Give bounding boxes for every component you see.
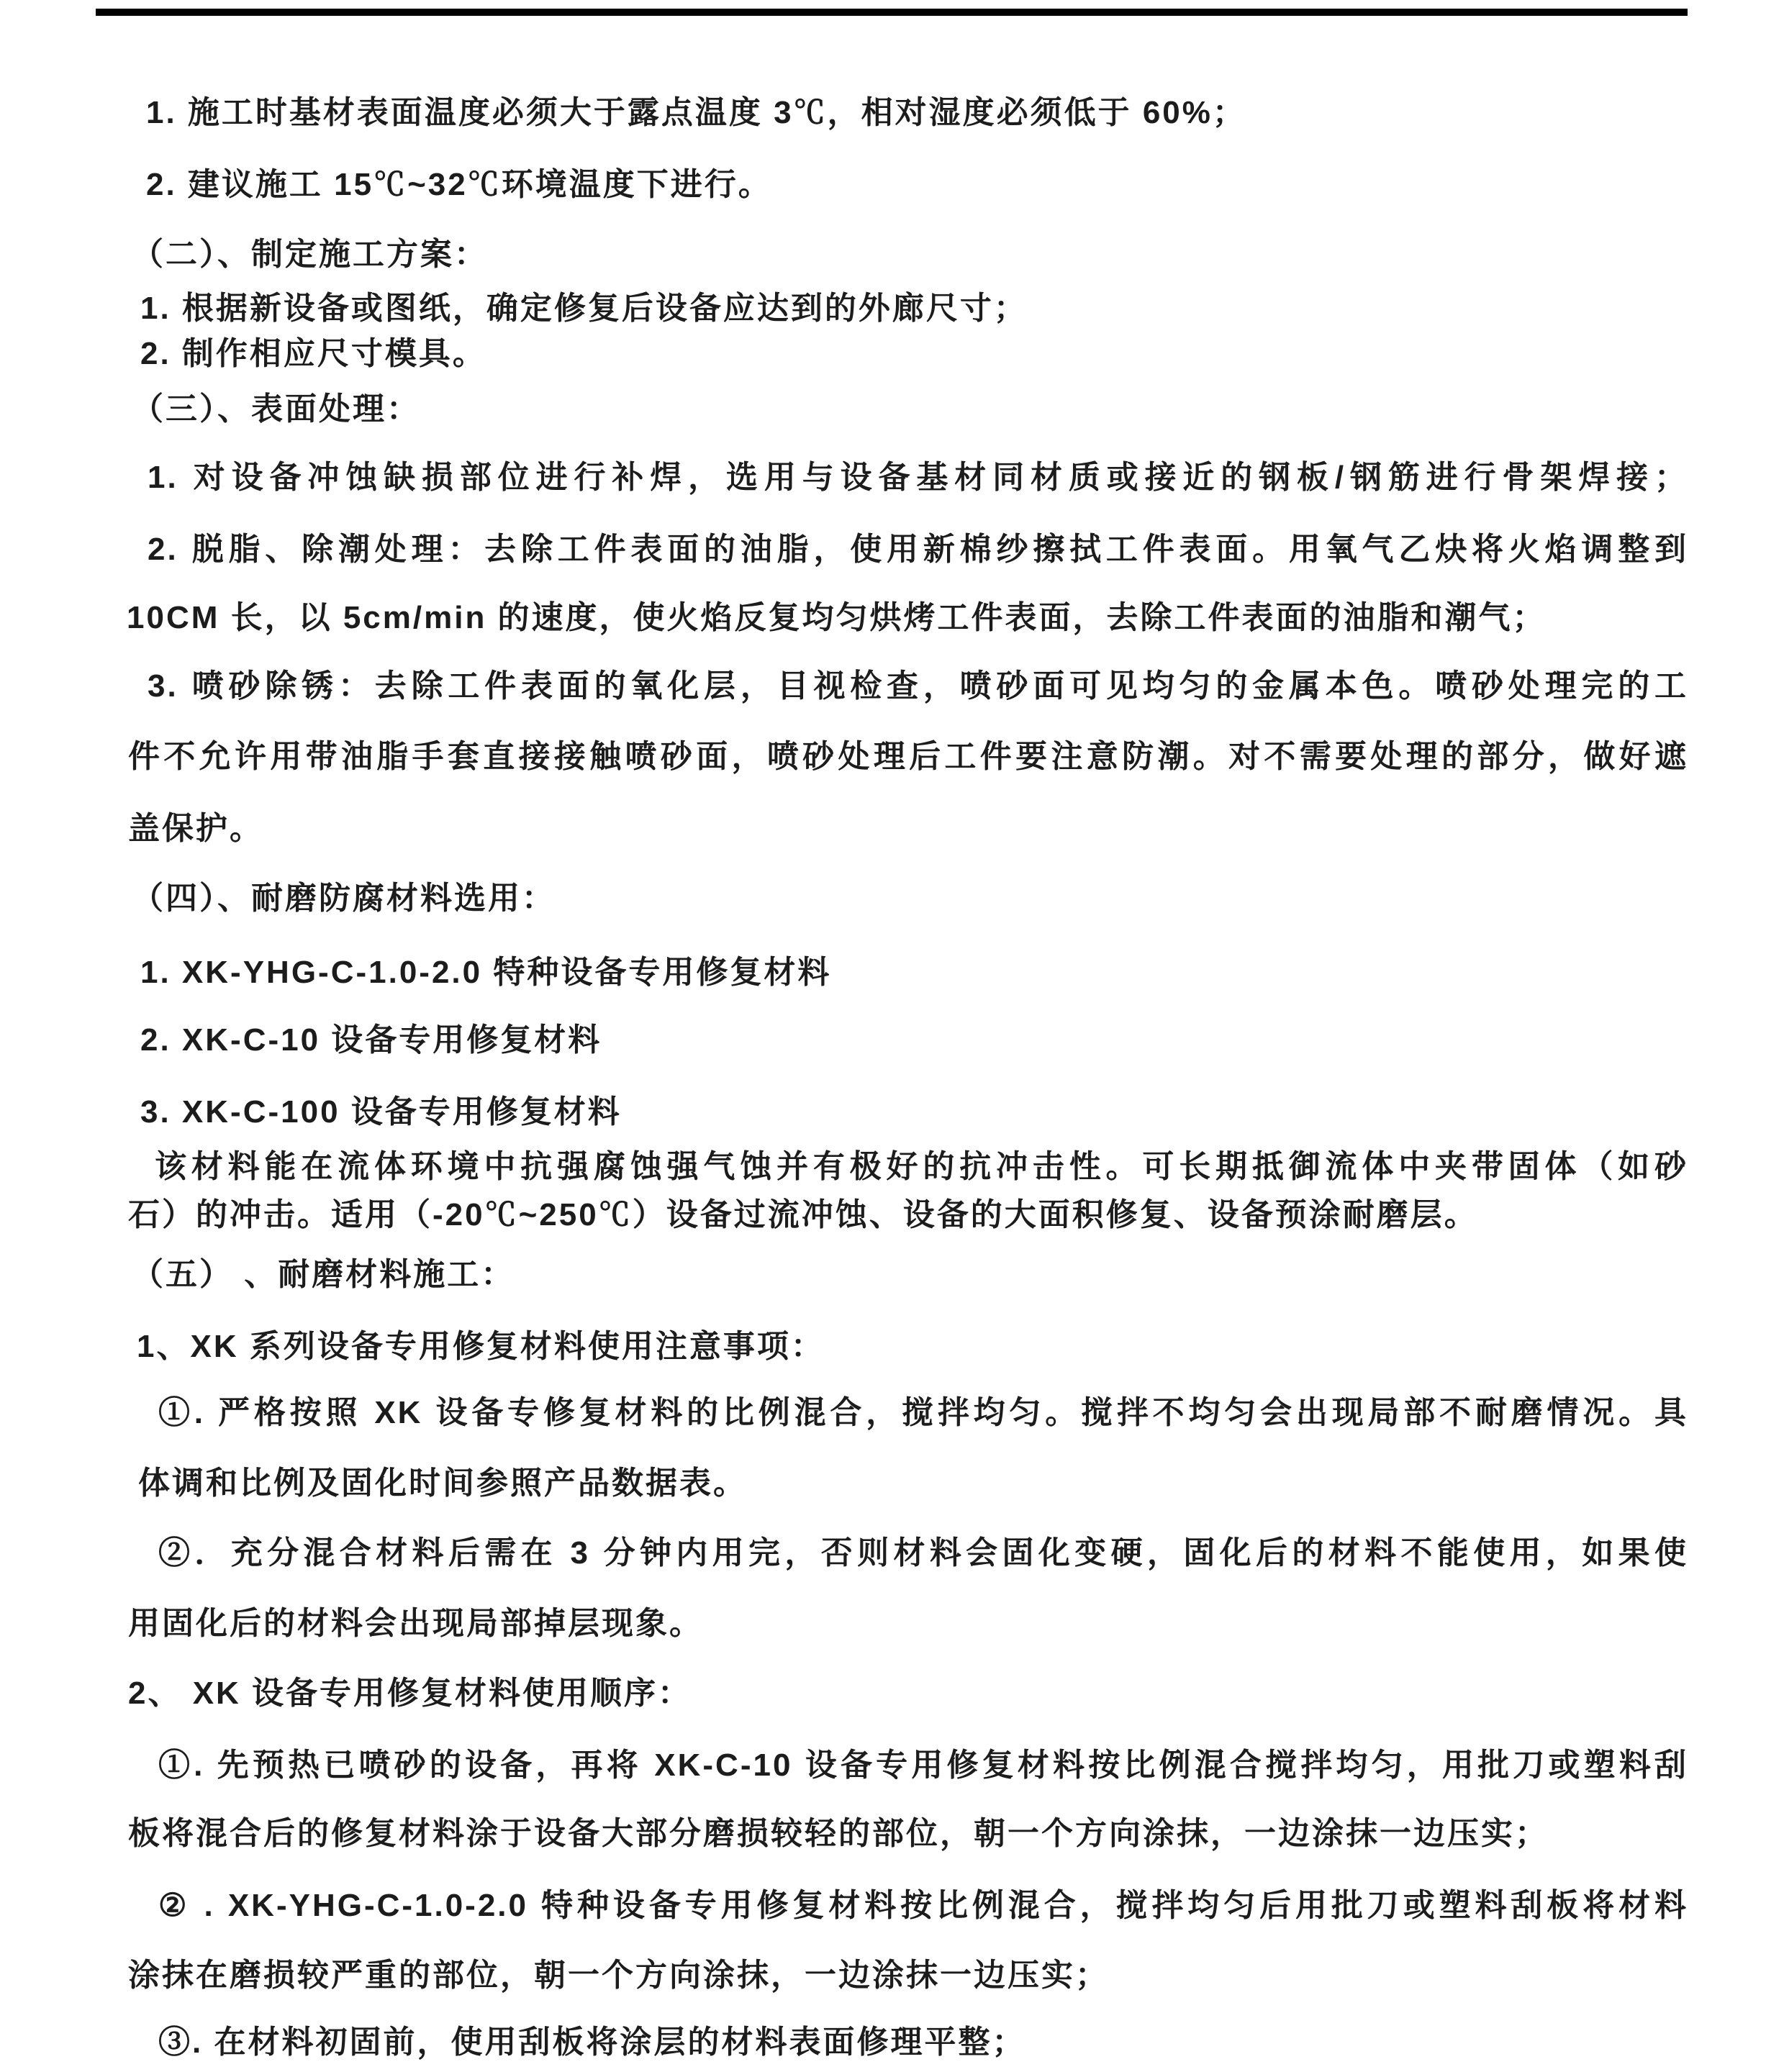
text-line: 1. 对设备冲蚀缺损部位进行补焊，选用与设备基材同材质或接近的钢板/钢筋进行骨架…: [148, 460, 1688, 495]
text-line: 2. 建议施工 15℃~32℃环境温度下进行。: [146, 168, 1688, 202]
text-line: （五） 、耐磨材料施工：: [132, 1258, 1688, 1292]
text-line: 石）的冲击。适用（-20℃~250℃）设备过流冲蚀、设备的大面积修复、设备预涂耐…: [128, 1198, 1688, 1232]
text-line: 1、XK 系列设备专用修复材料使用注意事项：: [137, 1330, 1688, 1364]
text-line: 板将混合后的修复材料涂于设备大部分磨损较轻的部位，朝一个方向涂抹，一边涂抹一边压…: [128, 1817, 1688, 1851]
text-line: 用固化后的材料会出现局部掉层现象。: [128, 1607, 1688, 1641]
document-body: 1. 施工时基材表面温度必须大于露点温度 3℃，相对湿度必须低于 60%；2. …: [127, 0, 1688, 2060]
text-line: ② . XK-YHG-C-1.0-2.0 特种设备专用修复材料按比例混合，搅拌均…: [158, 1889, 1688, 1923]
text-line: ①. 严格按照 XK 设备专修复材料的比例混合，搅拌均匀。搅拌不均匀会出现局部不…: [158, 1396, 1688, 1430]
text-line: 体调和比例及固化时间参照产品数据表。: [138, 1466, 1688, 1501]
text-line: 3. 喷砂除锈：去除工件表面的氧化层，目视检查，喷砂面可见均匀的金属本色。喷砂处…: [148, 669, 1688, 704]
text-line: 该材料能在流体环境中抗强腐蚀强气蚀并有极好的抗冲击性。可长期抵御流体中夹带固体（…: [155, 1150, 1688, 1184]
text-line: 2. 脱脂、除潮处理：去除工件表面的油脂，使用新棉纱擦拭工件表面。用氧气乙炔将火…: [148, 532, 1688, 567]
text-line: （四）、耐磨防腐材料选用：: [132, 881, 1688, 916]
text-line: 10CM 长，以 5cm/min 的速度，使火焰反复均匀烘烤工件表面，去除工件表…: [127, 601, 1688, 635]
text-line: 1. 根据新设备或图纸，确定修复后设备应达到的外廊尺寸；: [140, 291, 1688, 326]
text-line: 2. XK-C-10 设备专用修复材料: [140, 1023, 1688, 1058]
text-line: 2、 XK 设备专用修复材料使用顺序：: [128, 1676, 1688, 1711]
text-line: ②．充分混合材料后需在 3 分钟内用完，否则材料会固化变硬，固化后的材料不能使用…: [158, 1536, 1688, 1571]
document-page: 1. 施工时基材表面温度必须大于露点温度 3℃，相对湿度必须低于 60%；2. …: [0, 0, 1784, 2072]
text-line: 涂抹在磨损较严重的部位，朝一个方向涂抹，一边涂抹一边压实；: [128, 1958, 1688, 1993]
text-line: ③. 在材料初固前，使用刮板将涂层的材料表面修理平整；: [158, 2025, 1688, 2060]
text-line: （二）、制定施工方案：: [132, 237, 1688, 272]
text-line: （三）、表面处理：: [132, 392, 1688, 427]
text-line: 2. 制作相应尺寸模具。: [140, 337, 1688, 371]
text-line: 1. 施工时基材表面温度必须大于露点温度 3℃，相对湿度必须低于 60%；: [146, 96, 1688, 130]
text-line: 3. XK-C-100 设备专用修复材料: [140, 1095, 1688, 1130]
text-line: 件不允许用带油脂手套直接接触喷砂面，喷砂处理后工件要注意防潮。对不需要处理的部分…: [128, 740, 1688, 774]
text-line: 1. XK-YHG-C-1.0-2.0 特种设备专用修复材料: [140, 955, 1688, 990]
text-line: ①. 先预热已喷砂的设备，再将 XK-C-10 设备专用修复材料按比例混合搅拌均…: [158, 1748, 1688, 1783]
text-line: 盖保护。: [128, 812, 1688, 846]
